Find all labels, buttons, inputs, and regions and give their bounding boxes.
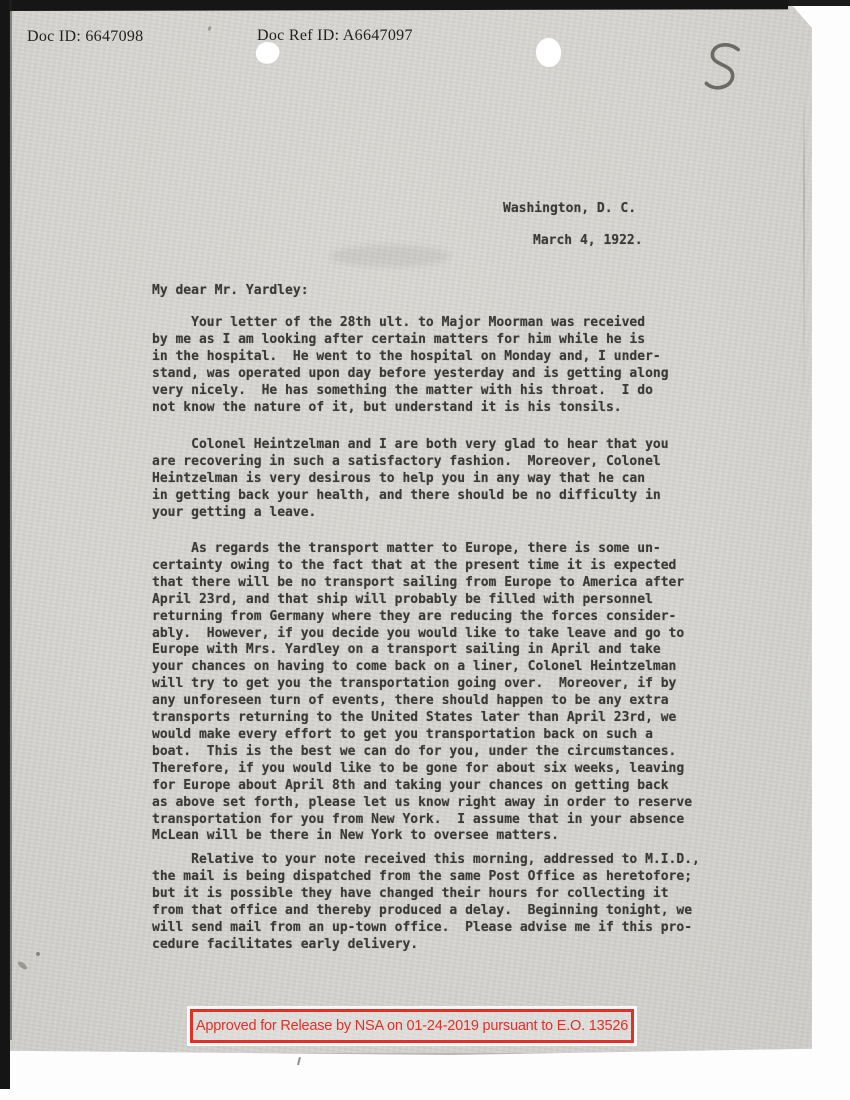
letter-paragraph-1: Your letter of the 28th ult. to Major Mo… [152, 315, 669, 416]
scan-edge-left [9, 0, 12, 1040]
letter-paragraph-2: Colonel Heintzelman and I are both very … [152, 437, 669, 522]
release-stamp-text: Approved for Release by NSA on 01-24-201… [196, 1018, 628, 1034]
scanned-letter-page: Doc ID: 6647098 Doc Ref ID: A6647097 Was… [0, 0, 850, 1100]
pencil-smudge [36, 952, 40, 956]
release-stamp: Approved for Release by NSA on 01-24-201… [190, 1009, 634, 1043]
doc-id-label: Doc ID: 6647098 [27, 28, 143, 46]
pen-tick-mark [297, 1057, 300, 1065]
scan-shadow-artifact [330, 245, 450, 267]
paper-fold-line [803, 85, 805, 415]
letter-place: Washington, D. C. [503, 201, 636, 218]
letter-salutation: My dear Mr. Yardley: [152, 283, 309, 300]
letter-paragraph-4: Relative to your note received this morn… [152, 852, 700, 953]
scan-edge-top [0, 0, 788, 11]
letter-date: March 4, 1922. [533, 233, 643, 250]
letter-paragraph-3: As regards the transport matter to Europ… [152, 541, 692, 845]
punch-hole [536, 38, 561, 67]
handwritten-mark-s [697, 38, 747, 100]
doc-ref-id-label: Doc Ref ID: A6647097 [257, 27, 413, 45]
